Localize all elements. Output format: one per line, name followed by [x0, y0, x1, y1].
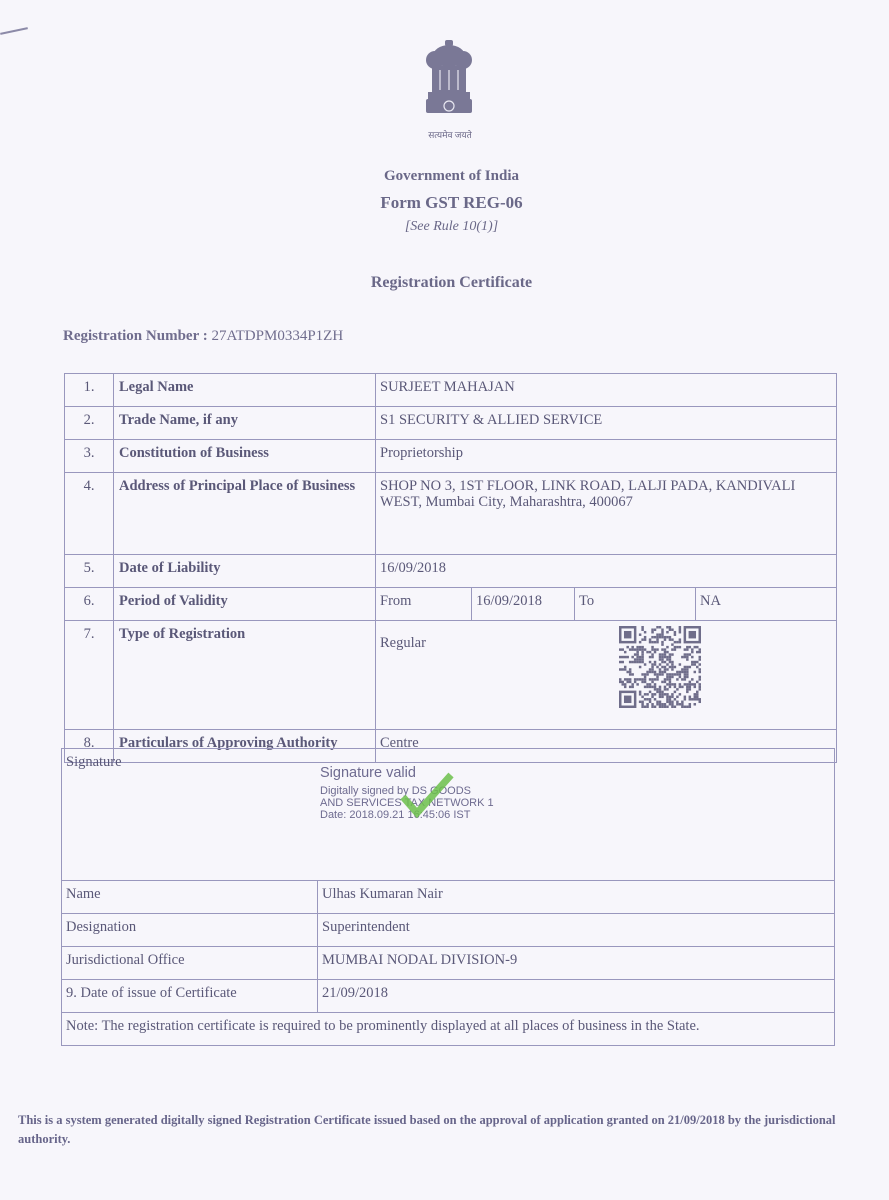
designation-value: Superintendent [318, 914, 835, 947]
table-row: Name Ulhas Kumaran Nair [62, 881, 835, 914]
table-row: 5. Date of Liability 16/09/2018 [65, 555, 837, 588]
document-title: Registration Certificate [0, 274, 889, 292]
registration-number: Registration Number : 27ATDPM0334P1ZH [63, 328, 343, 345]
officer-label: Designation [62, 914, 318, 947]
signature-table: Signature Signature valid Digitally sign… [61, 748, 835, 1046]
table-row: 2. Trade Name, if any S1 SECURITY & ALLI… [65, 407, 837, 440]
table-row: 6. Period of Validity From 16/09/2018 To… [65, 588, 837, 621]
table-row: 9. Date of issue of Certificate 21/09/20… [62, 980, 835, 1013]
issue-date-value: 21/09/2018 [318, 980, 835, 1013]
from-label: From [376, 588, 472, 620]
table-row: 3. Constitution of Business Proprietorsh… [65, 440, 837, 473]
row-number: 6. [65, 588, 114, 621]
validity-period-cell: From 16/09/2018 To NA [376, 588, 837, 621]
officer-label: Jurisdictional Office [62, 947, 318, 980]
registration-details-table: 1. Legal Name SURJEET MAHAJAN 2. Trade N… [64, 373, 837, 763]
to-date: NA [696, 588, 836, 620]
national-emblem-icon [418, 38, 480, 138]
qr-code-icon [619, 626, 701, 708]
liability-date-value: 16/09/2018 [376, 555, 837, 588]
officer-name-value: Ulhas Kumaran Nair [318, 881, 835, 914]
note-text: Note: The registration certificate is re… [62, 1013, 835, 1046]
registration-type-value: Regular [376, 621, 837, 730]
constitution-value: Proprietorship [376, 440, 837, 473]
row-number: 7. [65, 621, 114, 730]
row-label: Legal Name [114, 374, 376, 407]
legal-name-value: SURJEET MAHAJAN [376, 374, 837, 407]
table-row: Designation Superintendent [62, 914, 835, 947]
address-value: SHOP NO 3, 1ST FLOOR, LINK ROAD, LALJI P… [376, 473, 837, 555]
officer-label: 9. Date of issue of Certificate [62, 980, 318, 1013]
row-number: 2. [65, 407, 114, 440]
row-label: Address of Principal Place of Business [114, 473, 376, 555]
trade-name-value: S1 SECURITY & ALLIED SERVICE [376, 407, 837, 440]
table-row: 1. Legal Name SURJEET MAHAJAN [65, 374, 837, 407]
table-row: 4. Address of Principal Place of Busines… [65, 473, 837, 555]
signature-label: Signature [66, 754, 122, 770]
table-row: 7. Type of Registration Regular [65, 621, 837, 730]
jurisdictional-office-value: MUMBAI NODAL DIVISION-9 [318, 947, 835, 980]
row-label: Period of Validity [114, 588, 376, 621]
officer-label: Name [62, 881, 318, 914]
from-date: 16/09/2018 [472, 588, 575, 620]
registration-number-value: 27ATDPM0334P1ZH [211, 328, 343, 344]
row-number: 1. [65, 374, 114, 407]
checkmark-icon [397, 769, 457, 821]
row-number: 3. [65, 440, 114, 473]
rule-reference: [See Rule 10(1)] [0, 219, 889, 235]
form-heading: Form GST REG-06 [0, 193, 889, 213]
row-number: 5. [65, 555, 114, 588]
row-label: Constitution of Business [114, 440, 376, 473]
row-label: Date of Liability [114, 555, 376, 588]
scan-mark [0, 27, 28, 35]
signature-row: Signature Signature valid Digitally sign… [62, 749, 835, 881]
row-number: 4. [65, 473, 114, 555]
signature-cell: Signature Signature valid Digitally sign… [62, 749, 835, 881]
to-label: To [575, 588, 696, 620]
footer-statement: This is a system generated digitally sig… [18, 1111, 876, 1149]
emblem-motto: सत्यमेव जयते [400, 128, 500, 141]
note-row: Note: The registration certificate is re… [62, 1013, 835, 1046]
row-label: Trade Name, if any [114, 407, 376, 440]
row-label: Type of Registration [114, 621, 376, 730]
registration-number-label: Registration Number : [63, 328, 208, 344]
table-row: Jurisdictional Office MUMBAI NODAL DIVIS… [62, 947, 835, 980]
government-heading: Government of India [0, 168, 889, 185]
